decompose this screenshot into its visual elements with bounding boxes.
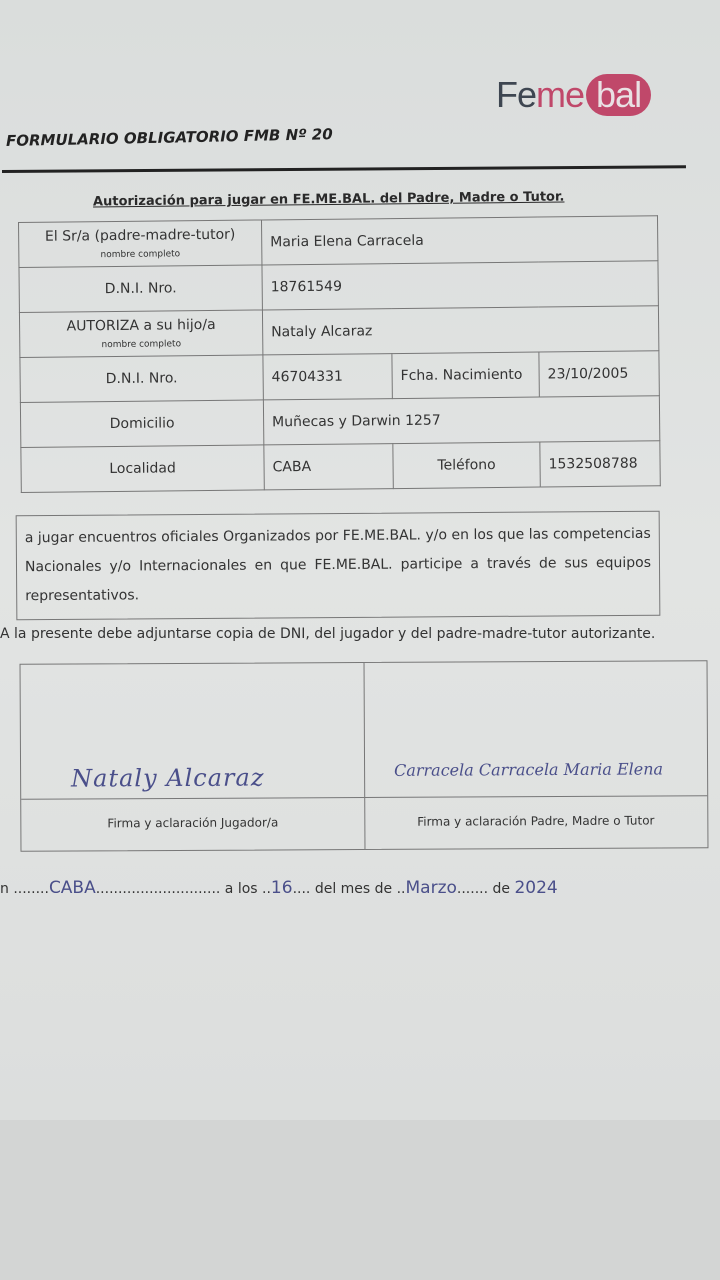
place-date-line: n ........CABA..........................… [0, 878, 558, 898]
child-label-cell: AUTORIZA a su hijo/anombre completo [19, 310, 262, 358]
attachment-note: A la presente debe adjuntarse copia de D… [0, 626, 655, 642]
child-dni-label: D.N.I. Nro. [20, 355, 263, 403]
table-row: El Sr/a (padre-madre-tutor)nombre comple… [19, 216, 658, 268]
player-signature-caption: Firma y aclaración Jugador/a [21, 815, 364, 831]
player-signature: Nataly Alcaraz [71, 764, 264, 793]
guardian-dni-field: 18761549 [262, 261, 658, 310]
child-dni-field: 46704331 [263, 354, 392, 400]
year-field: 2024 [514, 878, 557, 898]
background-surface [0, 1120, 720, 1280]
place-field: CABA [49, 878, 96, 898]
signature-line [364, 795, 707, 798]
table-row: AUTORIZA a su hijo/anombre completo Nata… [19, 306, 658, 358]
guardian-signature-section: Carracela Carracela Maria Elena Firma y … [364, 661, 708, 849]
guardian-signature-caption: Firma y aclaración Padre, Madre o Tutor [364, 813, 707, 829]
footer-text: .... del mes de .. [293, 881, 406, 897]
child-sublabel: nombre completo [28, 339, 254, 351]
footer-text: ............................ a los .. [96, 881, 271, 897]
logo-text-fe: Fe [496, 74, 536, 116]
table-row: Localidad CABA Teléfono 1532508788 [21, 441, 660, 493]
address-label: Domicilio [20, 400, 263, 448]
child-label: AUTORIZA a su hijo/a [66, 317, 215, 335]
authorization-table: El Sr/a (padre-madre-tutor)nombre comple… [18, 215, 661, 493]
birth-date-field: 23/10/2005 [539, 351, 659, 397]
logo-text-me: me [536, 74, 584, 116]
logo-text-bal: bal [586, 74, 651, 116]
table-row: Domicilio Muñecas y Darwin 1257 [20, 396, 659, 448]
signature-box: Nataly Alcaraz Firma y aclaración Jugado… [20, 660, 709, 852]
city-label: Localidad [21, 445, 264, 493]
femebal-logo: Femebal [496, 72, 651, 118]
day-field: 16 [271, 878, 293, 898]
month-field: Marzo [406, 878, 457, 898]
footer-text: ....... de [457, 881, 515, 897]
footer-prefix: n ........ [0, 881, 49, 897]
signature-line [21, 797, 364, 800]
address-field: Muñecas y Darwin 1257 [263, 396, 659, 445]
phone-field: 1532508788 [540, 441, 660, 487]
child-name-field: Nataly Alcaraz [262, 306, 658, 355]
guardian-dni-label: D.N.I. Nro. [19, 265, 262, 313]
guardian-signature: Carracela Carracela Maria Elena [394, 759, 663, 779]
guardian-sublabel: nombre completo [27, 249, 253, 261]
city-field: CABA [264, 444, 393, 490]
table-row: D.N.I. Nro. 46704331 Fcha. Nacimiento 23… [20, 351, 659, 403]
guardian-label-cell: El Sr/a (padre-madre-tutor)nombre comple… [19, 220, 262, 268]
authorization-paragraph: a jugar encuentros oficiales Organizados… [16, 511, 661, 620]
birth-date-label: Fcha. Nacimiento [392, 352, 539, 399]
guardian-label: El Sr/a (padre-madre-tutor) [45, 227, 236, 245]
phone-label: Teléfono [393, 442, 540, 489]
player-signature-section: Nataly Alcaraz Firma y aclaración Jugado… [21, 663, 366, 851]
guardian-name-field: Maria Elena Carracela [261, 216, 657, 265]
table-row: D.N.I. Nro. 18761549 [19, 261, 658, 313]
